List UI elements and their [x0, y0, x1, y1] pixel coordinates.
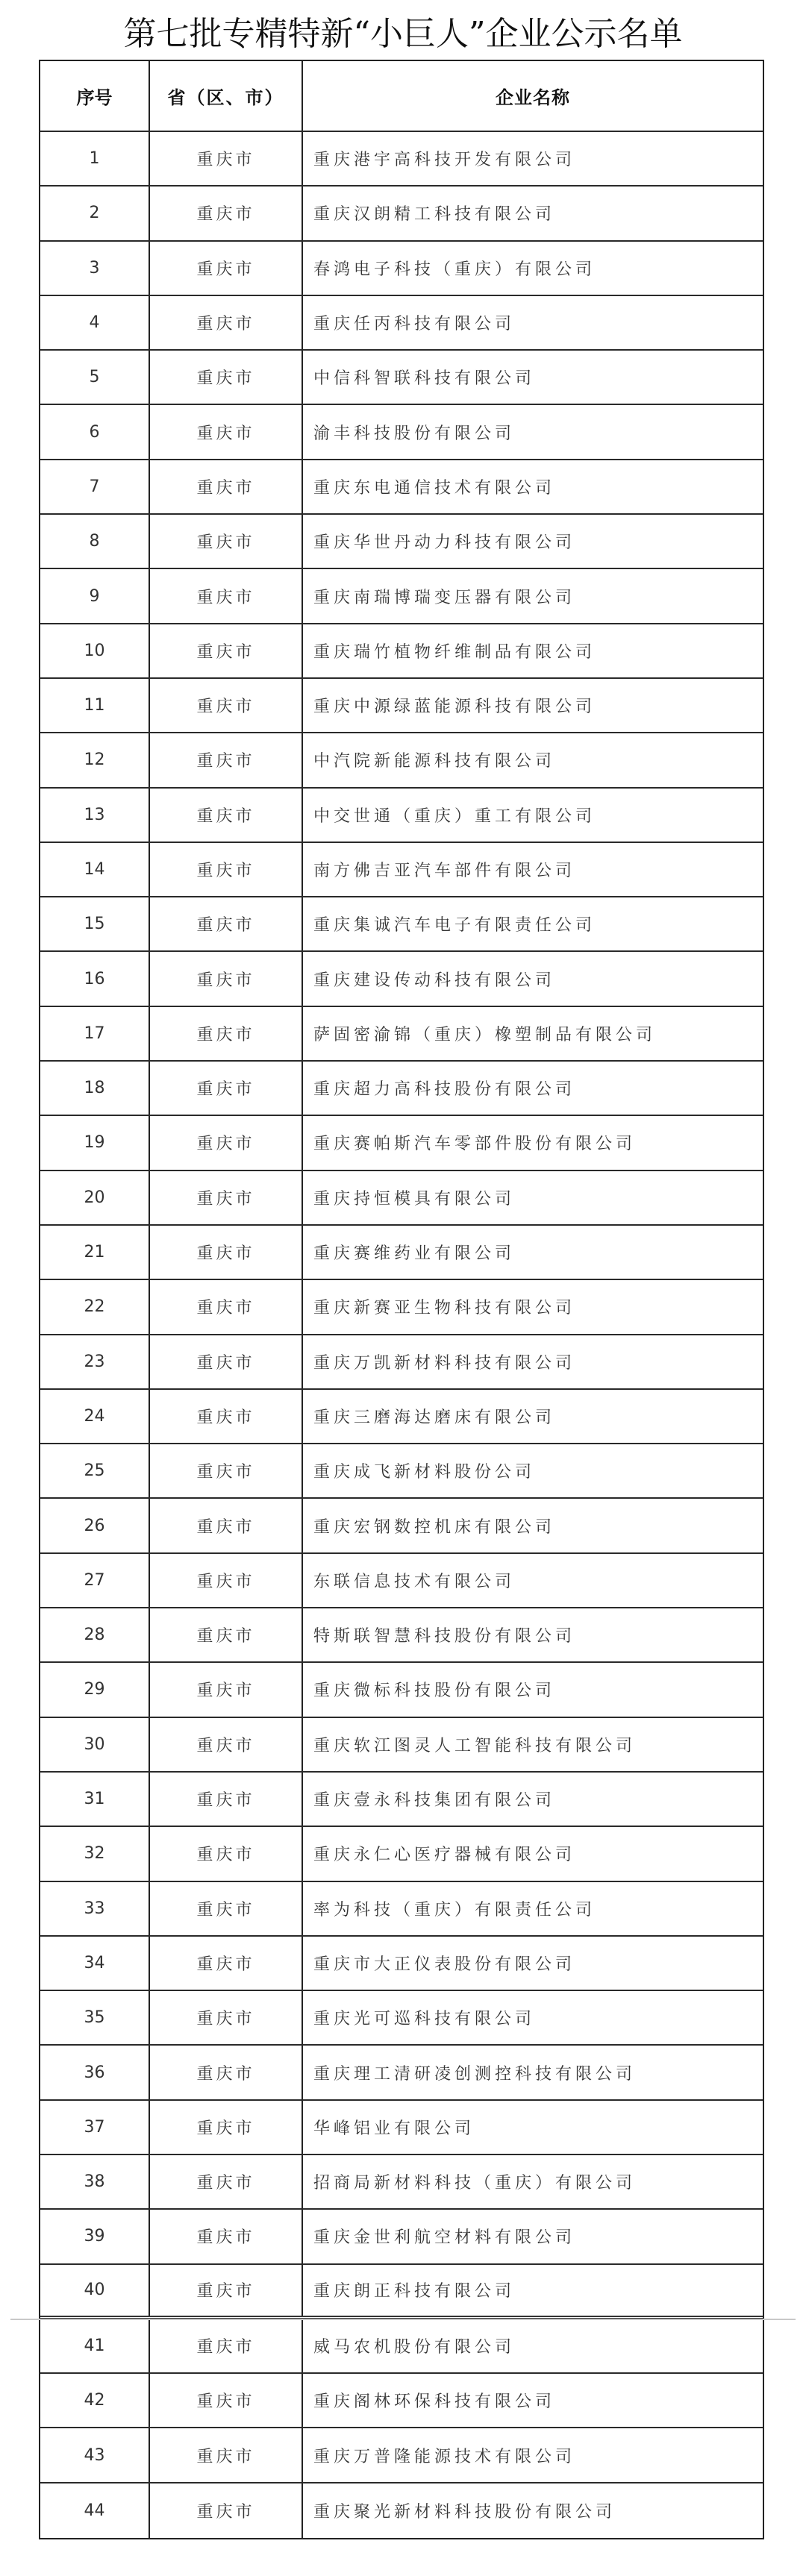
- row-region: 重庆市: [150, 1554, 303, 1607]
- table-row: 29重庆市重庆微标科技股份有限公司: [40, 1663, 763, 1717]
- row-serial-number: 16: [40, 952, 150, 1005]
- row-company-name: 重庆汉朗精工科技有限公司: [303, 187, 763, 239]
- table-row: 7重庆市重庆东电通信技术有限公司: [40, 460, 763, 515]
- table-row: 27重庆市东联信息技术有限公司: [40, 1554, 763, 1608]
- row-serial-number: 11: [40, 679, 150, 732]
- row-company-name: 中交世通（重庆）重工有限公司: [303, 789, 763, 842]
- row-company-name: 重庆超力高科技股份有限公司: [303, 1062, 763, 1115]
- row-company-name: 招商局新材料科技（重庆）有限公司: [303, 2155, 763, 2208]
- row-serial-number: 24: [40, 1390, 150, 1443]
- table-row: 39重庆市重庆金世利航空材料有限公司: [40, 2210, 763, 2264]
- row-serial-number: 31: [40, 1773, 150, 1826]
- row-serial-number: 9: [40, 569, 150, 622]
- row-serial-number: 12: [40, 733, 150, 786]
- row-serial-number: 22: [40, 1280, 150, 1333]
- table-row: 28重庆市特斯联智慧科技股份有限公司: [40, 1608, 763, 1663]
- row-region: 重庆市: [150, 733, 303, 786]
- table-row: 14重庆市南方佛吉亚汽车部件有限公司: [40, 843, 763, 897]
- row-region: 重庆市: [150, 296, 303, 349]
- row-region: 重庆市: [150, 569, 303, 622]
- row-company-name: 重庆赛帕斯汽车零部件股份有限公司: [303, 1116, 763, 1169]
- row-company-name: 重庆理工清研凌创测控科技有限公司: [303, 2046, 763, 2099]
- table-row: 3重庆市春鸿电子科技（重庆）有限公司: [40, 242, 763, 296]
- row-region: 重庆市: [150, 351, 303, 404]
- header-region: 省（区、市）: [150, 61, 303, 131]
- table-row: 17重庆市萨固密渝锦（重庆）橡塑制品有限公司: [40, 1007, 763, 1062]
- row-serial-number: 10: [40, 624, 150, 677]
- row-serial-number: 34: [40, 1937, 150, 1990]
- row-region: 重庆市: [150, 1773, 303, 1826]
- row-company-name: 重庆成飞新材料股份公司: [303, 1444, 763, 1497]
- header-serial-number: 序号: [40, 61, 150, 131]
- row-serial-number: 20: [40, 1171, 150, 1224]
- row-company-name: 重庆朗正科技有限公司: [303, 2265, 763, 2316]
- row-company-name: 重庆金世利航空材料有限公司: [303, 2210, 763, 2263]
- table-row: 36重庆市重庆理工清研凌创测控科技有限公司: [40, 2046, 763, 2100]
- row-company-name: 重庆东电通信技术有限公司: [303, 460, 763, 513]
- row-region: 重庆市: [150, 1827, 303, 1880]
- row-region: 重庆市: [150, 405, 303, 458]
- row-region: 重庆市: [150, 460, 303, 513]
- row-region: 重庆市: [150, 843, 303, 896]
- row-region: 重庆市: [150, 1937, 303, 1990]
- row-region: 重庆市: [150, 1062, 303, 1115]
- row-serial-number: 21: [40, 1226, 150, 1279]
- row-serial-number: 30: [40, 1718, 150, 1771]
- row-serial-number: 43: [40, 2428, 150, 2481]
- row-serial-number: 23: [40, 1335, 150, 1388]
- row-company-name: 萨固密渝锦（重庆）橡塑制品有限公司: [303, 1007, 763, 1060]
- row-serial-number: 39: [40, 2210, 150, 2263]
- row-company-name: 重庆华世丹动力科技有限公司: [303, 515, 763, 568]
- table-row: 44重庆市重庆聚光新材料科技股份有限公司: [40, 2483, 763, 2538]
- row-company-name: 东联信息技术有限公司: [303, 1554, 763, 1607]
- page-title: 第七批专精特新“小巨人”企业公示名单: [0, 13, 806, 55]
- row-serial-number: 19: [40, 1116, 150, 1169]
- header-company-name: 企业名称: [303, 61, 763, 131]
- row-company-name: 重庆新赛亚生物科技有限公司: [303, 1280, 763, 1333]
- row-serial-number: 2: [40, 187, 150, 239]
- row-company-name: 重庆阁林环保科技有限公司: [303, 2374, 763, 2427]
- row-serial-number: 8: [40, 515, 150, 568]
- row-company-name: 重庆赛维药业有限公司: [303, 1226, 763, 1279]
- table-row: 13重庆市中交世通（重庆）重工有限公司: [40, 789, 763, 843]
- table-row: 5重庆市中信科智联科技有限公司: [40, 351, 763, 405]
- row-company-name: 重庆光可巡科技有限公司: [303, 1991, 763, 2044]
- table-row: 38重庆市招商局新材料科技（重庆）有限公司: [40, 2155, 763, 2210]
- row-region: 重庆市: [150, 2428, 303, 2481]
- table-row: 22重庆市重庆新赛亚生物科技有限公司: [40, 1280, 763, 1335]
- row-company-name: 重庆万凯新材料科技有限公司: [303, 1335, 763, 1388]
- row-serial-number: 38: [40, 2155, 150, 2208]
- row-region: 重庆市: [150, 1335, 303, 1388]
- row-company-name: 重庆持恒模具有限公司: [303, 1171, 763, 1224]
- row-region: 重庆市: [150, 1171, 303, 1224]
- row-serial-number: 44: [40, 2483, 150, 2538]
- table-row: 40重庆市重庆朗正科技有限公司: [40, 2265, 763, 2319]
- table-row: 41重庆市威马农机股份有限公司: [40, 2319, 763, 2374]
- table-row: 18重庆市重庆超力高科技股份有限公司: [40, 1062, 763, 1116]
- table-row: 37重庆市华峰铝业有限公司: [40, 2101, 763, 2155]
- row-region: 重庆市: [150, 2319, 303, 2372]
- row-serial-number: 7: [40, 460, 150, 513]
- table-row: 4重庆市重庆任丙科技有限公司: [40, 296, 763, 351]
- row-company-name: 重庆永仁心医疗器械有限公司: [303, 1827, 763, 1880]
- table-row: 9重庆市重庆南瑞博瑞变压器有限公司: [40, 569, 763, 624]
- table-row: 16重庆市重庆建设传动科技有限公司: [40, 952, 763, 1006]
- row-region: 重庆市: [150, 1499, 303, 1552]
- row-serial-number: 15: [40, 897, 150, 950]
- row-serial-number: 13: [40, 789, 150, 842]
- row-serial-number: 37: [40, 2101, 150, 2154]
- row-region: 重庆市: [150, 624, 303, 677]
- row-company-name: 重庆港宇高科技开发有限公司: [303, 132, 763, 185]
- table-row: 12重庆市中汽院新能源科技有限公司: [40, 733, 763, 788]
- table-header-row: 序号 省（区、市） 企业名称: [40, 61, 763, 132]
- row-company-name: 华峰铝业有限公司: [303, 2101, 763, 2154]
- row-serial-number: 35: [40, 1991, 150, 2044]
- row-company-name: 重庆三磨海达磨床有限公司: [303, 1390, 763, 1443]
- row-serial-number: 33: [40, 1882, 150, 1935]
- table-row: 35重庆市重庆光可巡科技有限公司: [40, 1991, 763, 2046]
- row-serial-number: 32: [40, 1827, 150, 1880]
- row-serial-number: 4: [40, 296, 150, 349]
- row-serial-number: 36: [40, 2046, 150, 2099]
- row-region: 重庆市: [150, 1280, 303, 1333]
- row-region: 重庆市: [150, 1663, 303, 1716]
- row-region: 重庆市: [150, 515, 303, 568]
- row-region: 重庆市: [150, 2210, 303, 2263]
- table-row: 26重庆市重庆宏钢数控机床有限公司: [40, 1499, 763, 1553]
- row-company-name: 重庆建设传动科技有限公司: [303, 952, 763, 1005]
- row-company-name: 重庆宏钢数控机床有限公司: [303, 1499, 763, 1552]
- row-serial-number: 28: [40, 1608, 150, 1661]
- page-break-divider: [10, 2319, 796, 2320]
- table-row: 21重庆市重庆赛维药业有限公司: [40, 1226, 763, 1280]
- row-region: 重庆市: [150, 897, 303, 950]
- row-region: 重庆市: [150, 2155, 303, 2208]
- row-serial-number: 41: [40, 2319, 150, 2372]
- table-row: 11重庆市重庆中源绿蓝能源科技有限公司: [40, 679, 763, 733]
- table-row: 1重庆市重庆港宇高科技开发有限公司: [40, 132, 763, 187]
- row-serial-number: 6: [40, 405, 150, 458]
- row-company-name: 重庆软江图灵人工智能科技有限公司: [303, 1718, 763, 1771]
- table-row: 43重庆市重庆万普隆能源技术有限公司: [40, 2428, 763, 2483]
- row-company-name: 春鸿电子科技（重庆）有限公司: [303, 242, 763, 295]
- row-region: 重庆市: [150, 1116, 303, 1169]
- row-company-name: 重庆集诚汽车电子有限责任公司: [303, 897, 763, 950]
- row-company-name: 特斯联智慧科技股份有限公司: [303, 1608, 763, 1661]
- table-row: 8重庆市重庆华世丹动力科技有限公司: [40, 515, 763, 569]
- row-serial-number: 3: [40, 242, 150, 295]
- table-row: 20重庆市重庆持恒模具有限公司: [40, 1171, 763, 1226]
- row-region: 重庆市: [150, 187, 303, 239]
- row-region: 重庆市: [150, 2374, 303, 2427]
- row-region: 重庆市: [150, 679, 303, 732]
- table-row: 42重庆市重庆阁林环保科技有限公司: [40, 2374, 763, 2428]
- row-company-name: 威马农机股份有限公司: [303, 2319, 763, 2372]
- row-serial-number: 1: [40, 132, 150, 185]
- row-region: 重庆市: [150, 1226, 303, 1279]
- row-serial-number: 25: [40, 1444, 150, 1497]
- row-serial-number: 17: [40, 1007, 150, 1060]
- row-region: 重庆市: [150, 1390, 303, 1443]
- table-row: 15重庆市重庆集诚汽车电子有限责任公司: [40, 897, 763, 952]
- row-region: 重庆市: [150, 1718, 303, 1771]
- row-company-name: 中汽院新能源科技有限公司: [303, 733, 763, 786]
- row-company-name: 南方佛吉亚汽车部件有限公司: [303, 843, 763, 896]
- table-row: 2重庆市重庆汉朗精工科技有限公司: [40, 187, 763, 241]
- table-row: 25重庆市重庆成飞新材料股份公司: [40, 1444, 763, 1499]
- row-region: 重庆市: [150, 1991, 303, 2044]
- row-region: 重庆市: [150, 1007, 303, 1060]
- row-region: 重庆市: [150, 1444, 303, 1497]
- table-row: 23重庆市重庆万凯新材料科技有限公司: [40, 1335, 763, 1390]
- table-row: 31重庆市重庆壹永科技集团有限公司: [40, 1773, 763, 1827]
- row-region: 重庆市: [150, 1882, 303, 1935]
- row-region: 重庆市: [150, 2101, 303, 2154]
- table-row: 33重庆市率为科技（重庆）有限责任公司: [40, 1882, 763, 1937]
- row-serial-number: 42: [40, 2374, 150, 2427]
- row-serial-number: 29: [40, 1663, 150, 1716]
- row-company-name: 重庆中源绿蓝能源科技有限公司: [303, 679, 763, 732]
- table-row: 34重庆市重庆市大正仪表股份有限公司: [40, 1937, 763, 1991]
- table-row: 24重庆市重庆三磨海达磨床有限公司: [40, 1390, 763, 1444]
- row-serial-number: 27: [40, 1554, 150, 1607]
- table-row: 19重庆市重庆赛帕斯汽车零部件股份有限公司: [40, 1116, 763, 1171]
- row-company-name: 率为科技（重庆）有限责任公司: [303, 1882, 763, 1935]
- table-row: 30重庆市重庆软江图灵人工智能科技有限公司: [40, 1718, 763, 1773]
- row-company-name: 重庆市大正仪表股份有限公司: [303, 1937, 763, 1990]
- row-company-name: 重庆南瑞博瑞变压器有限公司: [303, 569, 763, 622]
- table-row: 6重庆市渝丰科技股份有限公司: [40, 405, 763, 460]
- row-region: 重庆市: [150, 2483, 303, 2538]
- row-company-name: 重庆微标科技股份有限公司: [303, 1663, 763, 1716]
- row-company-name: 中信科智联科技有限公司: [303, 351, 763, 404]
- row-company-name: 重庆瑞竹植物纤维制品有限公司: [303, 624, 763, 677]
- table-row: 32重庆市重庆永仁心医疗器械有限公司: [40, 1827, 763, 1881]
- row-company-name: 重庆壹永科技集团有限公司: [303, 1773, 763, 1826]
- row-serial-number: 40: [40, 2265, 150, 2316]
- row-company-name: 渝丰科技股份有限公司: [303, 405, 763, 458]
- row-company-name: 重庆聚光新材料科技股份有限公司: [303, 2483, 763, 2538]
- company-list-table: 序号 省（区、市） 企业名称 1重庆市重庆港宇高科技开发有限公司2重庆市重庆汉朗…: [39, 60, 764, 2539]
- row-region: 重庆市: [150, 789, 303, 842]
- table-row: 10重庆市重庆瑞竹植物纤维制品有限公司: [40, 624, 763, 679]
- row-region: 重庆市: [150, 242, 303, 295]
- row-region: 重庆市: [150, 1608, 303, 1661]
- row-region: 重庆市: [150, 2046, 303, 2099]
- row-region: 重庆市: [150, 952, 303, 1005]
- row-region: 重庆市: [150, 2265, 303, 2316]
- table-body: 1重庆市重庆港宇高科技开发有限公司2重庆市重庆汉朗精工科技有限公司3重庆市春鸿电…: [40, 132, 763, 2538]
- row-serial-number: 26: [40, 1499, 150, 1552]
- row-company-name: 重庆万普隆能源技术有限公司: [303, 2428, 763, 2481]
- row-serial-number: 5: [40, 351, 150, 404]
- row-serial-number: 18: [40, 1062, 150, 1115]
- row-company-name: 重庆任丙科技有限公司: [303, 296, 763, 349]
- row-region: 重庆市: [150, 132, 303, 185]
- row-serial-number: 14: [40, 843, 150, 896]
